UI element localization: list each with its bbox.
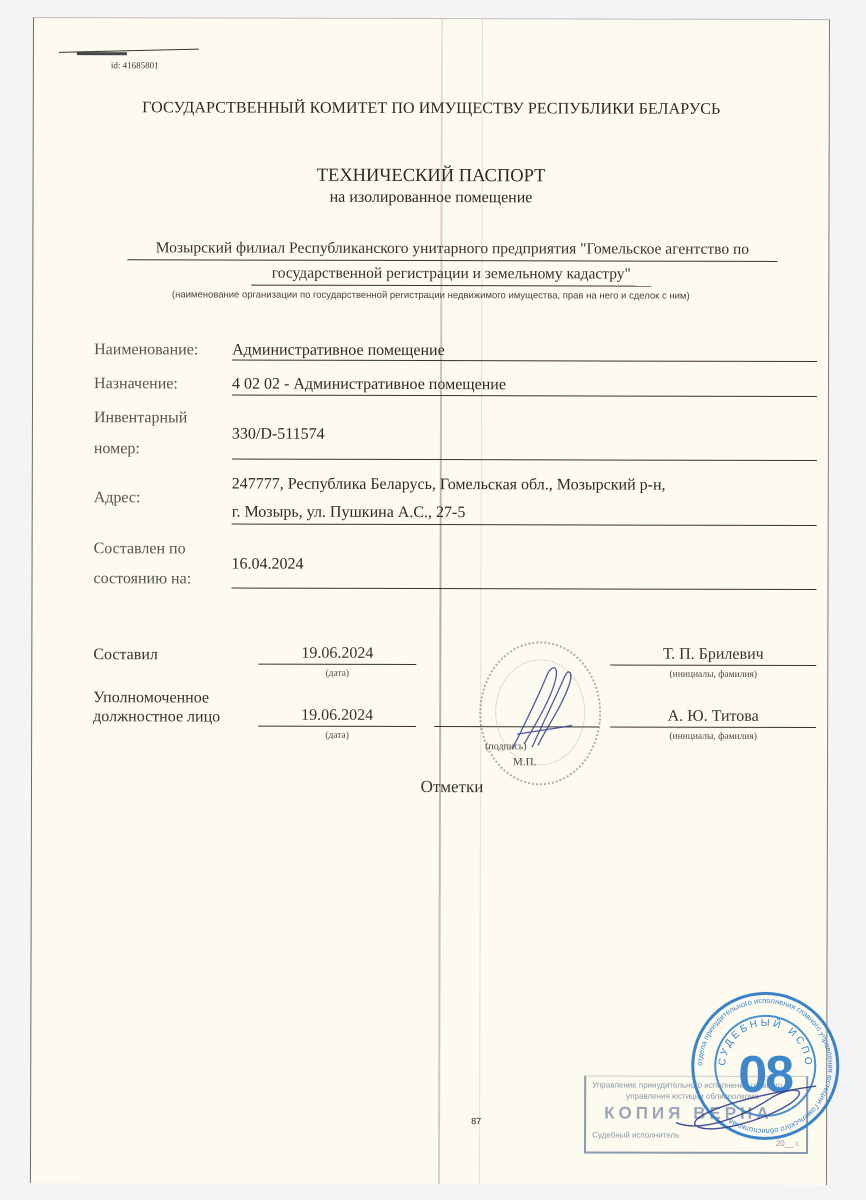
authorized-label-1: Уполномоченное — [93, 688, 209, 707]
committee-heading: ГОСУДАРСТВЕННЫЙ КОМИТЕТ ПО ИМУЩЕСТВУ РЕС… — [34, 99, 829, 119]
handwritten-signature-icon — [502, 659, 582, 759]
organization-line-1: Мозырский филиал Республиканского унитар… — [127, 239, 777, 262]
field-value-inventory: 330/D-511574 — [232, 422, 817, 450]
field-label-purpose: Назначение: — [94, 371, 178, 397]
field-value-as-of: 16.04.2024 — [232, 552, 817, 580]
authorized-date: 19.06.2024 — [258, 707, 416, 725]
compiled-name-line — [610, 665, 816, 667]
copy-stamp-line-4: Судебный исполнитель — [592, 1130, 679, 1139]
compiled-date-caption: (дата) — [258, 669, 416, 679]
certifier-signature-icon — [671, 1078, 821, 1138]
organization-line-2: государственной регистрации и земельному… — [251, 265, 651, 287]
compiled-date-line — [258, 664, 416, 665]
organization-caption: (наименование организации по государстве… — [33, 289, 828, 302]
authorized-label-2: должностное лицо — [93, 707, 220, 726]
compiled-date: 19.06.2024 — [258, 645, 416, 663]
compiled-by-label: Составил — [93, 645, 158, 664]
document-title: ТЕХНИЧЕСКИЙ ПАСПОРТ — [34, 165, 829, 188]
field-underline — [232, 588, 817, 591]
page-number: 87 — [471, 1116, 481, 1126]
authorized-name-line — [610, 727, 816, 729]
field-underline — [232, 459, 817, 462]
copy-stamp-line-5: 20__ г. — [776, 1139, 800, 1148]
id-rule-mark — [77, 52, 127, 55]
field-label-as-of-1: Составлен по — [94, 536, 186, 562]
authorized-date-line — [258, 726, 416, 727]
document-id: id: 41685801 — [111, 60, 159, 70]
field-label-address: Адрес: — [94, 485, 141, 511]
field-label-inventory-2: номер: — [94, 436, 140, 462]
document-subtitle: на изолированное помещение — [34, 188, 829, 208]
document-page: id: 41685801 ГОСУДАРСТВЕННЫЙ КОМИТЕТ ПО … — [30, 17, 830, 1185]
authorized-name: А. Ю. Титова — [610, 708, 816, 727]
authorized-name-caption: (инициалы, фамилия) — [610, 732, 816, 743]
field-value-address-1: 247777, Республика Беларусь, Гомельская … — [232, 472, 817, 500]
field-label-as-of-2: состоянию на: — [93, 566, 191, 592]
compiled-name-caption: (инициалы, фамилия) — [610, 670, 816, 681]
authorized-date-caption: (дата) — [258, 731, 416, 741]
field-label-inventory-1: Инвентарный — [94, 405, 187, 431]
compiled-name: Т. П. Брилевич — [610, 646, 816, 665]
field-label-name: Наименование: — [94, 337, 198, 363]
marks-heading: Отметки — [412, 777, 492, 797]
